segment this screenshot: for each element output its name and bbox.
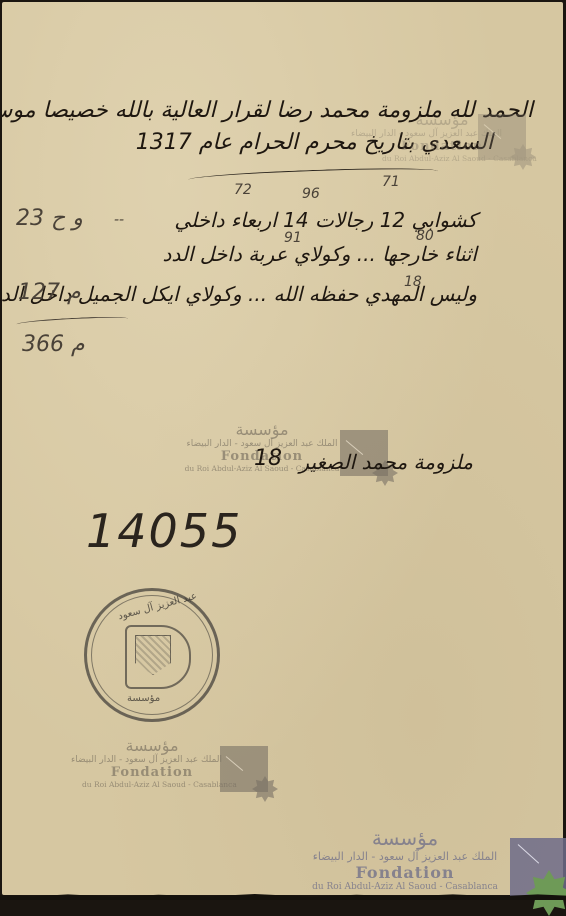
margin-note-3: 366 م bbox=[22, 332, 85, 357]
margin-dash: -- bbox=[114, 212, 124, 228]
margin-note-2: 127 م bbox=[18, 280, 81, 305]
seal-bottom-text: مؤسسة bbox=[127, 693, 160, 704]
watermark-corner-logo: مؤسسة الملك عبد العزيز آل سعود - الدار ا… bbox=[300, 826, 510, 892]
superscript-2: 72 bbox=[234, 182, 252, 198]
watermark-arabic-subtitle: الملك عبد العزيز آل سعود - الدار البيضاء bbox=[82, 755, 222, 765]
document-page: الحمد لله ملزومة محمد رضا لقرار العالية … bbox=[2, 2, 563, 895]
watermark-arabic-subtitle: الملك عبد العزيز آل سعود - الدار البيضاء bbox=[300, 850, 510, 863]
signature-number: 18 bbox=[254, 446, 282, 471]
margin-note-1: 23 و ح bbox=[16, 206, 83, 231]
watermark-french-subtitle: du Roi Abdul-Aziz Al Saoud - Casablanca bbox=[300, 882, 510, 892]
watermark-lower: مؤسسة الملك عبد العزيز آل سعود - الدار ا… bbox=[82, 736, 222, 789]
foundation-logo-icon bbox=[220, 746, 268, 792]
header-underline bbox=[188, 166, 438, 186]
watermark-french-title: Fondation bbox=[82, 765, 222, 780]
watermark-top: مؤسسة الملك عبد العزيز آل سعود - الدار ا… bbox=[382, 110, 502, 163]
watermark-french-title: Fondation bbox=[300, 863, 510, 882]
body-line-2: اثناء خارجها ... وكولاي عربة داخل الدد bbox=[162, 242, 477, 266]
watermark-arabic-title: مؤسسة bbox=[300, 826, 510, 850]
watermark-arabic-title: مؤسسة bbox=[182, 420, 342, 439]
superscript-1: 96 bbox=[302, 186, 320, 202]
watermark-french-subtitle: du Roi Abdul-Aziz Al Saoud - Casablanca bbox=[82, 780, 222, 789]
margin-sum-line bbox=[16, 315, 128, 328]
foundation-logo-icon bbox=[478, 114, 526, 160]
watermark-arabic-title: مؤسسة bbox=[82, 736, 222, 755]
body-line-1: كشوابي 12 رجالات 14 اربعاء داخلي bbox=[174, 208, 477, 232]
catalog-number: 14055 bbox=[86, 504, 242, 558]
signature: ملزومة محمد الصغير bbox=[299, 450, 473, 474]
superscript-3: 71 bbox=[382, 174, 400, 190]
circular-seal-stamp: عبد العزيز آل سعود مؤسسة bbox=[84, 588, 220, 722]
